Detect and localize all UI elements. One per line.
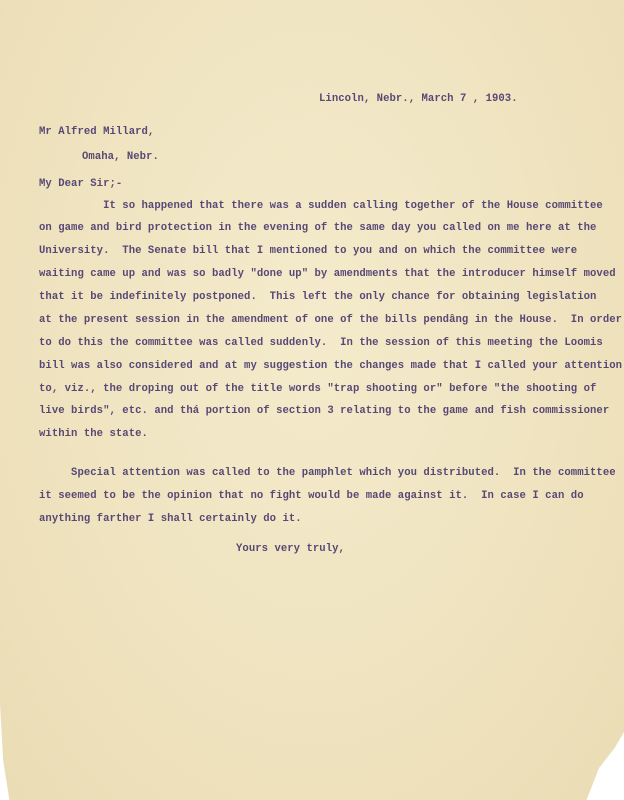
body-line: within the state. <box>39 428 148 440</box>
recipient-city: Omaha, Nebr. <box>82 151 159 163</box>
body-line: it seemed to be the opinion that no figh… <box>39 490 584 502</box>
body-line: that it be indefinitely postponed. This … <box>39 291 596 303</box>
date-line: Lincoln, Nebr., March 7 , 1903. <box>319 93 518 105</box>
body-line: waiting came up and was so badly "done u… <box>39 268 616 280</box>
letter-paper <box>0 0 624 800</box>
body-line: bill was also considered and at my sugge… <box>39 360 622 372</box>
body-line: anything farther I shall certainly do it… <box>39 513 302 525</box>
body-line: University. The Senate bill that I menti… <box>39 245 577 257</box>
body-line: It so happened that there was a sudden c… <box>39 200 603 212</box>
body-line: Special attention was called to the pamp… <box>39 467 616 479</box>
recipient-name: Mr Alfred Millard, <box>39 126 154 138</box>
body-line: on game and bird protection in the eveni… <box>39 222 596 234</box>
salutation: My Dear Sir;- <box>39 178 122 190</box>
body-line: live birds", etc. and thá portion of sec… <box>39 405 609 417</box>
closing: Yours very truly, <box>236 543 345 555</box>
body-line: to, viz., the droping out of the title w… <box>39 383 596 395</box>
body-line: at the present session in the amendment … <box>39 314 622 326</box>
body-line: to do this the committee was called sudd… <box>39 337 603 349</box>
